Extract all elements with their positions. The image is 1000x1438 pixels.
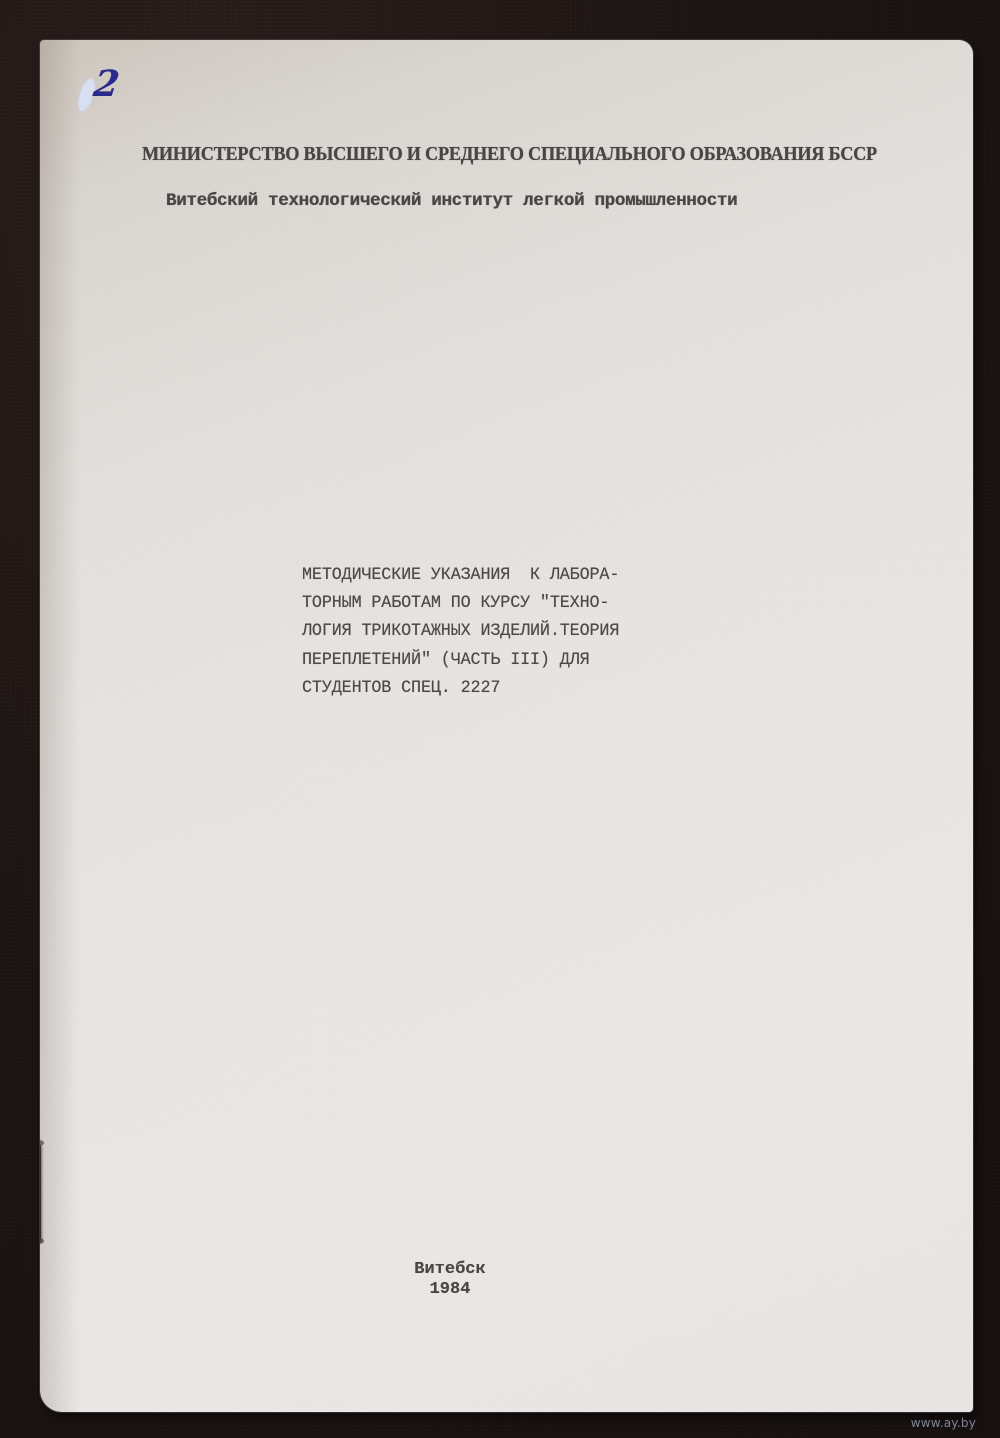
imprint-year: 1984 bbox=[395, 1280, 505, 1300]
staple-icon bbox=[40, 1144, 41, 1242]
handwritten-number: 2 bbox=[91, 66, 121, 102]
title-line: ТОРНЫМ РАБОТАМ ПО КУРСУ "ТЕХНО- bbox=[302, 590, 709, 618]
booklet-cover: 2 МИНИСТЕРСТВО ВЫСШЕГО И СРЕДНЕГО СПЕЦИА… bbox=[40, 40, 973, 1412]
title-line: МЕТОДИЧЕСКИЕ УКАЗАНИЯ К ЛАБОРА- bbox=[302, 562, 709, 590]
imprint: Витебск 1984 bbox=[395, 1260, 505, 1300]
title-line: ЛОГИЯ ТРИКОТАЖНЫХ ИЗДЕЛИЙ.ТЕОРИЯ bbox=[302, 618, 709, 646]
site-watermark: www.ay.by bbox=[911, 1416, 976, 1430]
staple-hole-bottom bbox=[40, 1238, 44, 1244]
title-line: ПЕРЕПЛЕТЕНИЙ" (ЧАСТЬ III) ДЛЯ bbox=[302, 647, 709, 675]
document-title: МЕТОДИЧЕСКИЕ УКАЗАНИЯ К ЛАБОРА- ТОРНЫМ Р… bbox=[302, 562, 722, 703]
ministry-heading: МИНИСТЕРСТВО ВЫСШЕГО И СРЕДНЕГО СПЕЦИАЛЬ… bbox=[142, 144, 877, 166]
imprint-city: Витебск bbox=[395, 1260, 505, 1280]
institute-name: Витебский технологический институт легко… bbox=[166, 191, 737, 211]
handwritten-mark: 2 bbox=[60, 62, 130, 122]
title-line: СТУДЕНТОВ СПЕЦ. 2227 bbox=[302, 675, 709, 703]
